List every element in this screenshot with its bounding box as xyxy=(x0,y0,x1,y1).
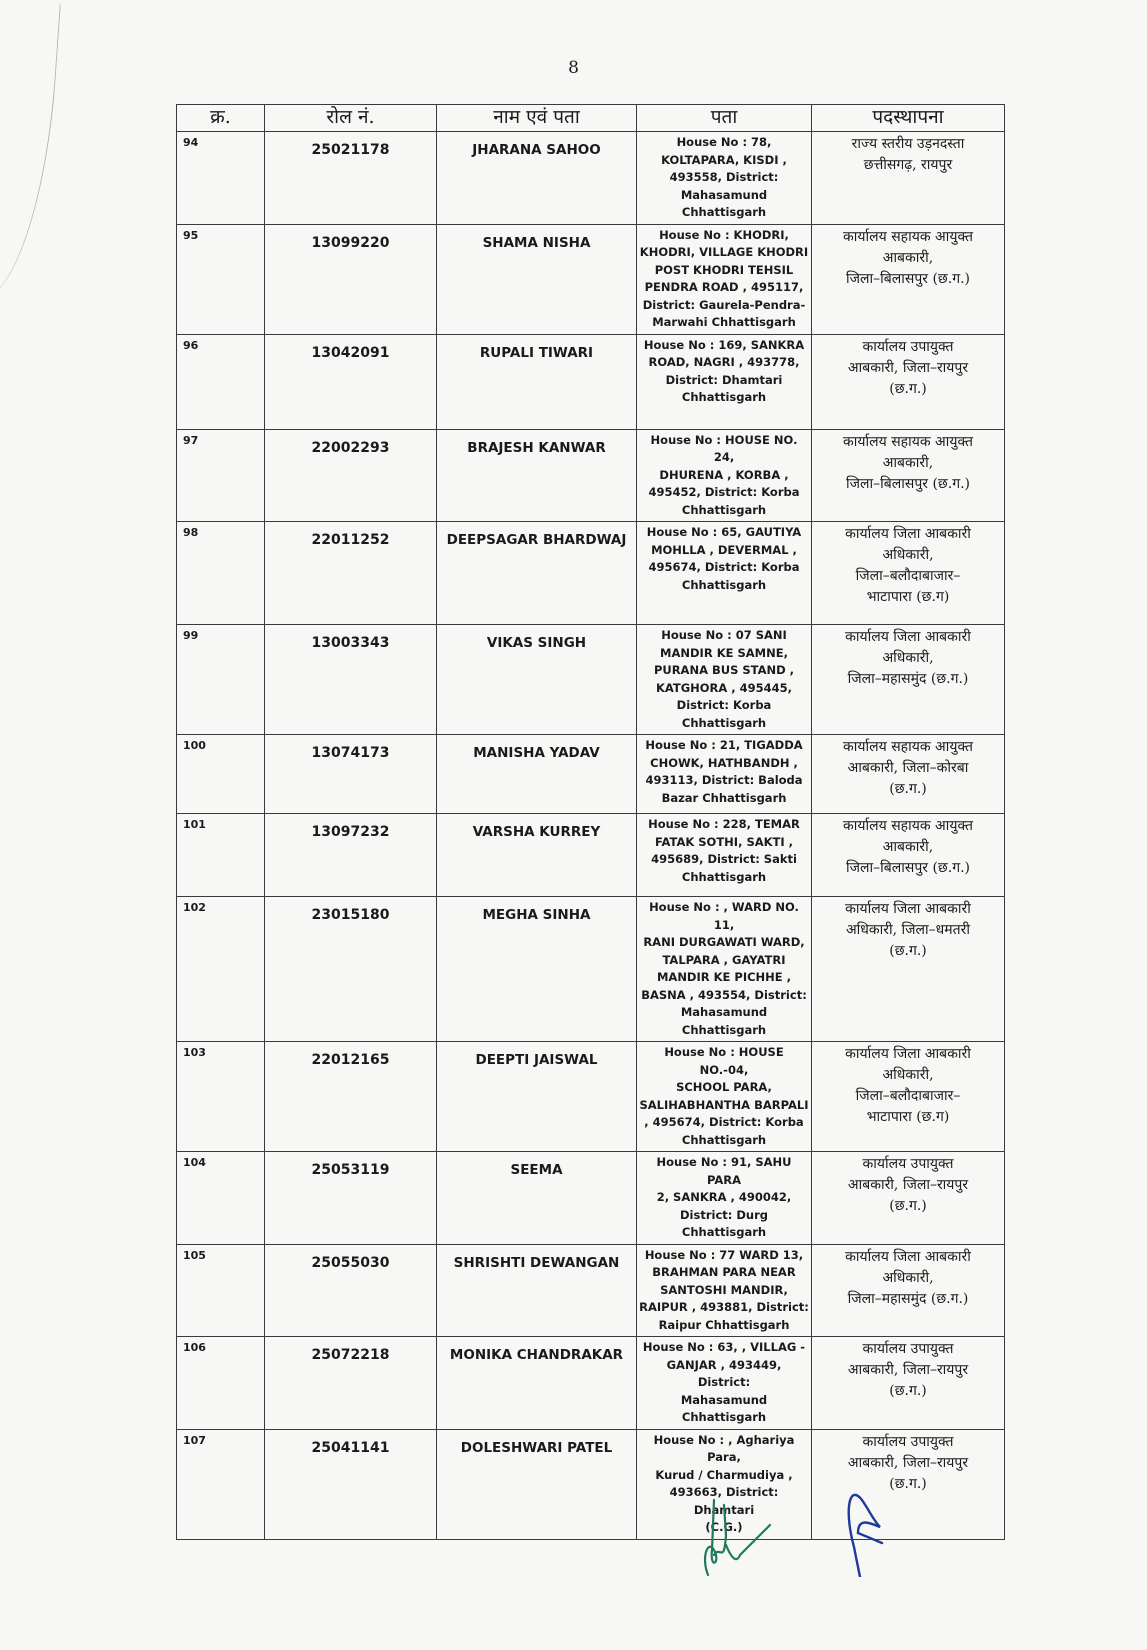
posting-line: कार्यालय उपायुक्त xyxy=(814,337,1002,358)
candidate-address: House No : 65, GAUTIYAMOHLLA , DEVERMAL … xyxy=(637,522,812,625)
address-line: Chhattisgarh xyxy=(639,1132,809,1150)
address-line: KHODRI, VILLAGE KHODRI xyxy=(639,244,809,262)
address-line: KATGHORA , 495445, xyxy=(639,680,809,698)
serial-number: 102 xyxy=(177,897,265,1042)
table-row: 10525055030SHRISHTI DEWANGANHouse No : 7… xyxy=(177,1244,1005,1337)
posting-office: कार्यालय सहायक आयुक्तआबकारी,जिला–बिलासपु… xyxy=(812,224,1005,334)
posting-office: कार्यालय सहायक आयुक्तआबकारी,जिला–बिलासपु… xyxy=(812,429,1005,522)
address-line: Mahasamund Chhattisgarh xyxy=(639,1392,809,1427)
posting-office: कार्यालय जिला आबकारीअधिकारी,जिला–बलौदाबा… xyxy=(812,1042,1005,1152)
posting-line: (छ.ग.) xyxy=(814,379,1002,400)
address-line: RAIPUR , 493881, District: xyxy=(639,1299,809,1317)
address-line: MOHLLA , DEVERMAL , xyxy=(639,542,809,560)
address-line: PENDRA ROAD , 495117, xyxy=(639,279,809,297)
address-line: House No : 65, GAUTIYA xyxy=(639,524,809,542)
posting-office: कार्यालय उपायुक्तआबकारी, जिला–रायपुर(छ.ग… xyxy=(812,1337,1005,1430)
table-row: 9822011252DEEPSAGAR BHARDWAJHouse No : 6… xyxy=(177,522,1005,625)
posting-line: कार्यालय जिला आबकारी xyxy=(814,1247,1002,1268)
header-serial: क्र. xyxy=(177,105,265,132)
address-line: Bazar Chhattisgarh xyxy=(639,790,809,808)
page-number: 8 xyxy=(0,58,1147,78)
candidate-address: House No : HOUSE NO. 24,DHURENA , KORBA … xyxy=(637,429,812,522)
table-row: 10425053119SEEMAHouse No : 91, SAHU PARA… xyxy=(177,1152,1005,1245)
posting-line: आबकारी, xyxy=(814,248,1002,269)
address-line: Chhattisgarh xyxy=(639,869,809,887)
posting-line: जिला–बिलासपुर (छ.ग.) xyxy=(814,269,1002,290)
posting-office: कार्यालय जिला आबकारीअधिकारी,जिला–महासमुं… xyxy=(812,1244,1005,1337)
serial-number: 107 xyxy=(177,1429,265,1539)
address-line: House No : 78, xyxy=(639,134,809,152)
address-line: GANJAR , 493449, District: xyxy=(639,1357,809,1392)
address-line: CHOWK, HATHBANDH , xyxy=(639,755,809,773)
posting-line: अधिकारी, जिला–धमतरी xyxy=(814,920,1002,941)
posting-line: जिला–महासमुंद (छ.ग.) xyxy=(814,1289,1002,1310)
candidate-name: MANISHA YADAV xyxy=(437,735,637,814)
posting-line: आबकारी, xyxy=(814,837,1002,858)
table-row: 9913003343VIKAS SINGHHouse No : 07 SANIM… xyxy=(177,625,1005,735)
roll-number: 25072218 xyxy=(265,1337,437,1430)
address-line: House No : 228, TEMAR xyxy=(639,816,809,834)
address-line: Mahasamund Chhattisgarh xyxy=(639,187,809,222)
address-line: SALIHABHANTHA BARPALI xyxy=(639,1097,809,1115)
posting-line: आबकारी, xyxy=(814,453,1002,474)
address-line: District: Gaurela-Pendra- xyxy=(639,297,809,315)
serial-number: 95 xyxy=(177,224,265,334)
posting-line: जिला–बलौदाबाजार– xyxy=(814,566,1002,587)
posting-line: (छ.ग.) xyxy=(814,1381,1002,1402)
binding-edge-mark xyxy=(0,0,61,304)
posting-table: क्र. रोल नं. नाम एवं पता पता पदस्थापना 9… xyxy=(176,104,1005,1540)
posting-line: कार्यालय सहायक आयुक्त xyxy=(814,227,1002,248)
address-line: Chhattisgarh xyxy=(639,577,809,595)
table-row: 10113097232VARSHA KURREYHouse No : 228, … xyxy=(177,814,1005,897)
candidate-address: House No : HOUSE NO.-04,SCHOOL PARA,SALI… xyxy=(637,1042,812,1152)
address-line: Kurud / Charmudiya , xyxy=(639,1467,809,1485)
posting-line: (छ.ग.) xyxy=(814,941,1002,962)
posting-line: भाटापारा (छ.ग) xyxy=(814,1107,1002,1128)
posting-line: जिला–बिलासपुर (छ.ग.) xyxy=(814,858,1002,879)
address-line: House No : , Aghariya Para, xyxy=(639,1432,809,1467)
candidate-name: DOLESHWARI PATEL xyxy=(437,1429,637,1539)
posting-line: अधिकारी, xyxy=(814,1268,1002,1289)
address-line: TALPARA , GAYATRI xyxy=(639,952,809,970)
table-row: 9722002293BRAJESH KANWARHouse No : HOUSE… xyxy=(177,429,1005,522)
roll-number: 23015180 xyxy=(265,897,437,1042)
address-line: MANDIR KE PICHHE , xyxy=(639,969,809,987)
posting-line: अधिकारी, xyxy=(814,545,1002,566)
roll-number: 13042091 xyxy=(265,334,437,429)
address-line: District: Durg Chhattisgarh xyxy=(639,1207,809,1242)
candidate-name: JHARANA SAHOO xyxy=(437,132,637,225)
address-line: RANI DURGAWATI WARD, xyxy=(639,934,809,952)
header-roll-number: रोल नं. xyxy=(265,105,437,132)
candidate-address: House No : 169, SANKRAROAD, NAGRI , 4937… xyxy=(637,334,812,429)
candidate-name: DEEPTI JAISWAL xyxy=(437,1042,637,1152)
roll-number: 22011252 xyxy=(265,522,437,625)
candidate-address: House No : 07 SANIMANDIR KE SAMNE,PURANA… xyxy=(637,625,812,735)
address-line: Chhattisgarh xyxy=(639,389,809,407)
roll-number: 25053119 xyxy=(265,1152,437,1245)
address-line: House No : 07 SANI xyxy=(639,627,809,645)
candidate-name: SHAMA NISHA xyxy=(437,224,637,334)
posting-office: कार्यालय सहायक आयुक्तआबकारी, जिला–कोरबा(… xyxy=(812,735,1005,814)
candidate-address: House No : KHODRI,KHODRI, VILLAGE KHODRI… xyxy=(637,224,812,334)
posting-line: राज्य स्तरीय उड़नदस्ता xyxy=(814,134,1002,155)
candidate-name: DEEPSAGAR BHARDWAJ xyxy=(437,522,637,625)
roll-number: 25021178 xyxy=(265,132,437,225)
posting-line: कार्यालय सहायक आयुक्त xyxy=(814,737,1002,758)
serial-number: 104 xyxy=(177,1152,265,1245)
candidate-name: SEEMA xyxy=(437,1152,637,1245)
candidate-name: VARSHA KURREY xyxy=(437,814,637,897)
address-line: 493558, District: xyxy=(639,169,809,187)
address-line: 495674, District: Korba xyxy=(639,559,809,577)
address-line: House No : 91, SAHU PARA xyxy=(639,1154,809,1189)
posting-line: (छ.ग.) xyxy=(814,779,1002,800)
address-line: SANTOSHI MANDIR, xyxy=(639,1282,809,1300)
serial-number: 98 xyxy=(177,522,265,625)
roll-number: 25041141 xyxy=(265,1429,437,1539)
serial-number: 96 xyxy=(177,334,265,429)
address-line: House No : KHODRI, xyxy=(639,227,809,245)
address-line: SCHOOL PARA, xyxy=(639,1079,809,1097)
candidate-name: RUPALI TIWARI xyxy=(437,334,637,429)
header-address: पता xyxy=(637,105,812,132)
address-line: House No : HOUSE NO. 24, xyxy=(639,432,809,467)
address-line: House No : , WARD NO. 11, xyxy=(639,899,809,934)
candidate-address: House No : 228, TEMARFATAK SOTHI, SAKTI … xyxy=(637,814,812,897)
posting-line: कार्यालय उपायुक्त xyxy=(814,1432,1002,1453)
candidate-address: House No : 78,KOLTAPARA, KISDI ,493558, … xyxy=(637,132,812,225)
posting-line: अधिकारी, xyxy=(814,648,1002,669)
address-line: KOLTAPARA, KISDI , xyxy=(639,152,809,170)
posting-line: जिला–महासमुंद (छ.ग.) xyxy=(814,669,1002,690)
serial-number: 106 xyxy=(177,1337,265,1430)
candidate-address: House No : 77 WARD 13,BRAHMAN PARA NEARS… xyxy=(637,1244,812,1337)
address-line: ROAD, NAGRI , 493778, xyxy=(639,354,809,372)
address-line: FATAK SOTHI, SAKTI , xyxy=(639,834,809,852)
address-line: BRAHMAN PARA NEAR xyxy=(639,1264,809,1282)
candidate-name: BRAJESH KANWAR xyxy=(437,429,637,522)
posting-line: भाटापारा (छ.ग) xyxy=(814,587,1002,608)
candidate-address: House No : 91, SAHU PARA2, SANKRA , 4900… xyxy=(637,1152,812,1245)
posting-line: जिला–बिलासपुर (छ.ग.) xyxy=(814,474,1002,495)
posting-line: कार्यालय जिला आबकारी xyxy=(814,899,1002,920)
candidate-address: House No : 21, TIGADDACHOWK, HATHBANDH ,… xyxy=(637,735,812,814)
posting-line: कार्यालय उपायुक्त xyxy=(814,1154,1002,1175)
roll-number: 13003343 xyxy=(265,625,437,735)
candidate-name: MONIKA CHANDRAKAR xyxy=(437,1337,637,1430)
address-line: 2, SANKRA , 490042, xyxy=(639,1189,809,1207)
roll-number: 13097232 xyxy=(265,814,437,897)
serial-number: 105 xyxy=(177,1244,265,1337)
address-line: Chhattisgarh xyxy=(639,715,809,733)
serial-number: 97 xyxy=(177,429,265,522)
address-line: Marwahi Chhattisgarh xyxy=(639,314,809,332)
posting-line: कार्यालय जिला आबकारी xyxy=(814,1044,1002,1065)
address-line: 493113, District: Baloda xyxy=(639,772,809,790)
posting-office: कार्यालय जिला आबकारीअधिकारी,जिला–महासमुं… xyxy=(812,625,1005,735)
roll-number: 13099220 xyxy=(265,224,437,334)
posting-line: कार्यालय सहायक आयुक्त xyxy=(814,816,1002,837)
serial-number: 103 xyxy=(177,1042,265,1152)
signature-1 xyxy=(690,1495,780,1585)
serial-number: 101 xyxy=(177,814,265,897)
posting-office: कार्यालय जिला आबकारीअधिकारी, जिला–धमतरी(… xyxy=(812,897,1005,1042)
roll-number: 22012165 xyxy=(265,1042,437,1152)
table-row: 9513099220SHAMA NISHAHouse No : KHODRI,K… xyxy=(177,224,1005,334)
candidate-name: MEGHA SINHA xyxy=(437,897,637,1042)
signature-2 xyxy=(840,1487,900,1577)
roll-number: 25055030 xyxy=(265,1244,437,1337)
candidate-address: House No : 63, , VILLAG -GANJAR , 493449… xyxy=(637,1337,812,1430)
address-line: , 495674, District: Korba xyxy=(639,1114,809,1132)
roll-number: 22002293 xyxy=(265,429,437,522)
posting-office: कार्यालय जिला आबकारीअधिकारी,जिला–बलौदाबा… xyxy=(812,522,1005,625)
table-row: 9613042091RUPALI TIWARIHouse No : 169, S… xyxy=(177,334,1005,429)
posting-line: (छ.ग.) xyxy=(814,1196,1002,1217)
posting-line: कार्यालय सहायक आयुक्त xyxy=(814,432,1002,453)
address-line: District: Dhamtari xyxy=(639,372,809,390)
address-line: House No : 77 WARD 13, xyxy=(639,1247,809,1265)
address-line: PURANA BUS STAND , xyxy=(639,662,809,680)
serial-number: 94 xyxy=(177,132,265,225)
address-line: House No : 169, SANKRA xyxy=(639,337,809,355)
posting-office: कार्यालय उपायुक्तआबकारी, जिला–रायपुर(छ.ग… xyxy=(812,334,1005,429)
posting-line: आबकारी, जिला–कोरबा xyxy=(814,758,1002,779)
candidate-name: SHRISHTI DEWANGAN xyxy=(437,1244,637,1337)
address-line: District: Korba xyxy=(639,697,809,715)
posting-line: आबकारी, जिला–रायपुर xyxy=(814,358,1002,379)
posting-line: आबकारी, जिला–रायपुर xyxy=(814,1360,1002,1381)
table-row: 10625072218MONIKA CHANDRAKARHouse No : 6… xyxy=(177,1337,1005,1430)
address-line: House No : HOUSE NO.-04, xyxy=(639,1044,809,1079)
posting-line: अधिकारी, xyxy=(814,1065,1002,1086)
table-row: 10013074173MANISHA YADAVHouse No : 21, T… xyxy=(177,735,1005,814)
address-line: 495452, District: Korba xyxy=(639,484,809,502)
posting-line: आबकारी, जिला–रायपुर xyxy=(814,1175,1002,1196)
address-line: MANDIR KE SAMNE, xyxy=(639,645,809,663)
posting-line: आबकारी, जिला–रायपुर xyxy=(814,1453,1002,1474)
address-line: House No : 21, TIGADDA xyxy=(639,737,809,755)
posting-line: कार्यालय उपायुक्त xyxy=(814,1339,1002,1360)
address-line: BASNA , 493554, District: xyxy=(639,987,809,1005)
candidate-name: VIKAS SINGH xyxy=(437,625,637,735)
posting-line: कार्यालय जिला आबकारी xyxy=(814,524,1002,545)
address-line: House No : 63, , VILLAG - xyxy=(639,1339,809,1357)
header-name: नाम एवं पता xyxy=(437,105,637,132)
table-header-row: क्र. रोल नं. नाम एवं पता पता पदस्थापना xyxy=(177,105,1005,132)
serial-number: 99 xyxy=(177,625,265,735)
address-line: Mahasamund Chhattisgarh xyxy=(639,1004,809,1039)
serial-number: 100 xyxy=(177,735,265,814)
posting-office: कार्यालय सहायक आयुक्तआबकारी,जिला–बिलासपु… xyxy=(812,814,1005,897)
address-line: POST KHODRI TEHSIL xyxy=(639,262,809,280)
posting-office: राज्य स्तरीय उड़नदस्ताछत्तीसगढ़, रायपुर xyxy=(812,132,1005,225)
address-line: Chhattisgarh xyxy=(639,502,809,520)
posting-office: कार्यालय उपायुक्तआबकारी, जिला–रायपुर(छ.ग… xyxy=(812,1152,1005,1245)
roll-number: 13074173 xyxy=(265,735,437,814)
table-row: 10223015180MEGHA SINHAHouse No : , WARD … xyxy=(177,897,1005,1042)
address-line: Raipur Chhattisgarh xyxy=(639,1317,809,1335)
table-row: 10322012165DEEPTI JAISWALHouse No : HOUS… xyxy=(177,1042,1005,1152)
posting-line: जिला–बलौदाबाजार– xyxy=(814,1086,1002,1107)
table-row: 9425021178JHARANA SAHOOHouse No : 78,KOL… xyxy=(177,132,1005,225)
header-posting: पदस्थापना xyxy=(812,105,1005,132)
address-line: 495689, District: Sakti xyxy=(639,851,809,869)
posting-line: कार्यालय जिला आबकारी xyxy=(814,627,1002,648)
posting-line: छत्तीसगढ़, रायपुर xyxy=(814,155,1002,176)
signatures xyxy=(690,1495,950,1595)
candidate-address: House No : , WARD NO. 11,RANI DURGAWATI … xyxy=(637,897,812,1042)
address-line: DHURENA , KORBA , xyxy=(639,467,809,485)
